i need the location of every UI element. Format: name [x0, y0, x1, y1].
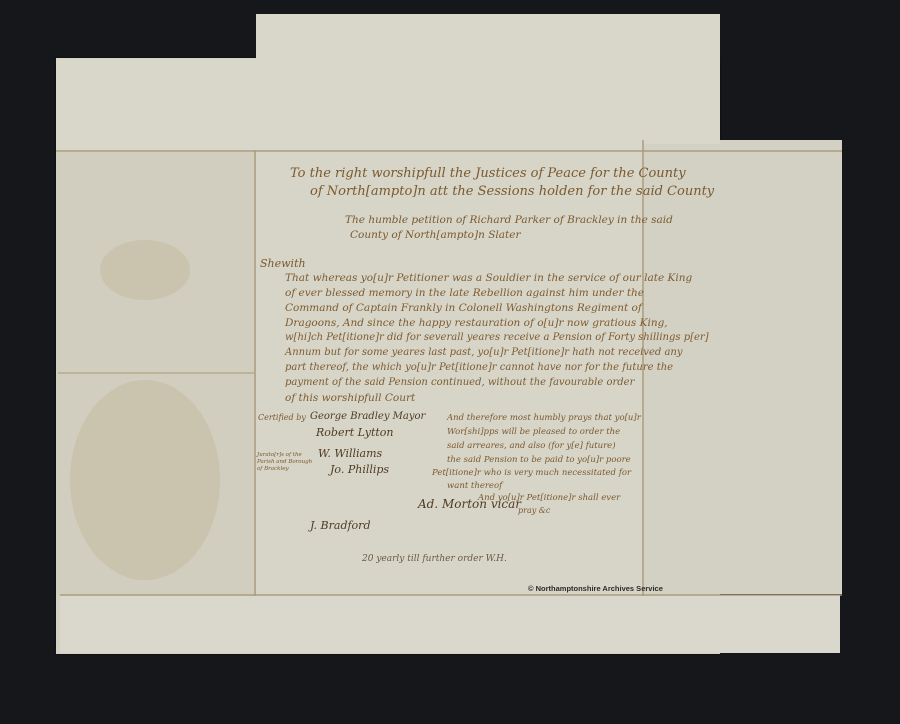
prayer-line: And yo[u]r Pet[itione]r shall ever: [478, 494, 620, 503]
fold-line: [60, 594, 842, 596]
copyright-credit: © Northamptonshire Archives Service: [528, 584, 663, 593]
body-line: of this worshipfull Court: [285, 392, 415, 404]
prayer-line: the said Pension to be paid to yo[u]r po…: [447, 456, 631, 465]
paper-right-top: [642, 14, 720, 144]
body-line: That whereas yo[u]r Petitioner was a Sou…: [285, 272, 692, 284]
signature: Jo. Phillips: [330, 464, 389, 475]
petition-heading-2: County of North[ampto]n Slater: [350, 230, 520, 241]
prayer-line: said arreares, and also (for y[e] future…: [447, 442, 616, 451]
fold-line: [254, 150, 256, 596]
side-note: Jurato[r]s of the Parish and Borough of …: [257, 452, 315, 473]
signature: J. Bradford: [310, 520, 370, 531]
prayer-line: pray &c: [518, 507, 550, 515]
prayer-line: Pet[itione]r who is very much necessitat…: [432, 469, 631, 478]
body-line: of ever blessed memory in the late Rebel…: [285, 287, 644, 299]
paper-bottom-flap: [60, 595, 840, 653]
body-line: Annum but for some yeares last past, yo[…: [285, 347, 683, 358]
petition-heading-1: The humble petition of Richard Parker of…: [345, 215, 673, 226]
fold-line: [58, 372, 254, 374]
stain: [100, 240, 190, 300]
endorsement: 20 yearly till further order W.H.: [362, 555, 507, 564]
stain: [70, 380, 220, 580]
prayer-line: And therefore most humbly prays that yo[…: [447, 414, 641, 423]
signature: George Bradley Mayor: [310, 412, 425, 422]
address-line-2: of North[ampto]n att the Sessions holden…: [310, 185, 714, 198]
paper-top-flap: [56, 60, 720, 152]
body-line: payment of the said Pension continued, w…: [285, 377, 634, 388]
address-line-1: To the right worshipfull the Justices of…: [290, 167, 686, 180]
signature: Robert Lytton: [316, 427, 394, 438]
body-line: w[hi]ch Pet[itione]r did for severall ye…: [285, 332, 709, 343]
signature: W. Williams: [318, 448, 382, 459]
body-line: Dragoons, And since the happy restaurati…: [285, 317, 668, 329]
body-line: part thereof, the which yo[u]r Pet[ition…: [285, 362, 673, 373]
body-line: Command of Captain Frankly in Colonell W…: [285, 302, 642, 314]
fold-line: [56, 150, 842, 152]
prayer-line: want thereof: [447, 482, 502, 491]
certified-by-label: Certified by: [258, 414, 306, 422]
shewith-label: Shewith: [260, 258, 306, 269]
prayer-line: Wor[shi]pps will be pleased to order the: [447, 428, 620, 437]
